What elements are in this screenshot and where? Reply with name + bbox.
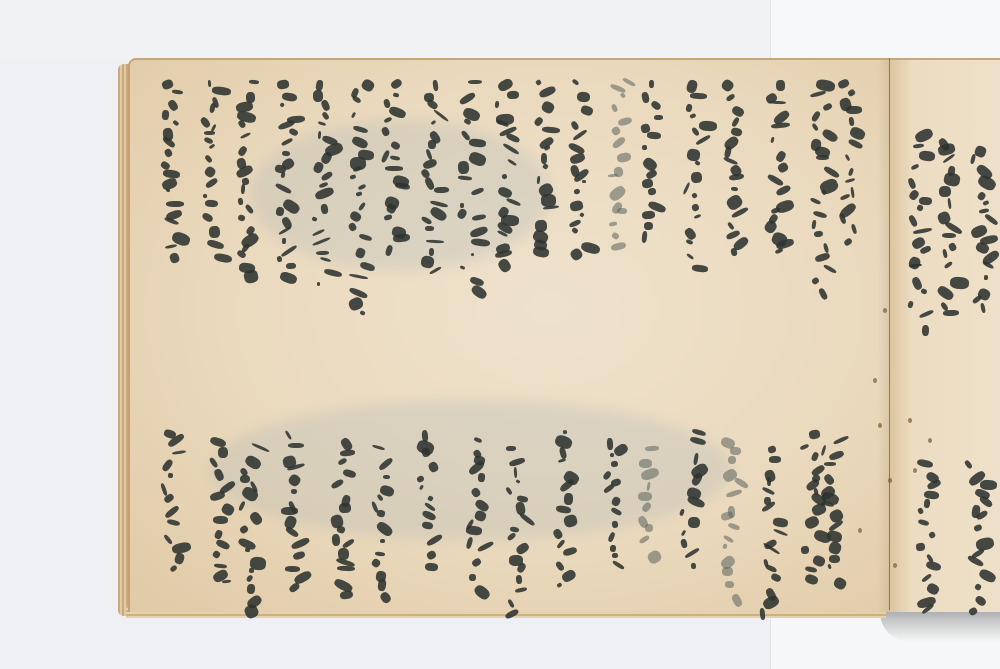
ink-stroke: [984, 275, 988, 280]
worm-hole: [883, 308, 887, 313]
ink-stroke: [291, 489, 297, 494]
handwritten-column: [382, 80, 408, 255]
ink-stroke: [458, 175, 472, 180]
ink-stroke: [206, 239, 224, 251]
ink-stroke: [348, 210, 362, 224]
ink-stroke: [170, 564, 179, 572]
ink-stroke: [577, 91, 591, 103]
ink-stroke: [822, 102, 833, 111]
ink-stroke: [244, 548, 249, 553]
ink-stroke: [173, 119, 180, 125]
ink-stroke: [925, 582, 940, 596]
ink-stroke: [378, 456, 394, 471]
ink-stroke: [200, 116, 212, 129]
ink-stroke: [610, 507, 622, 516]
ink-stroke: [603, 483, 615, 494]
ink-stroke: [610, 461, 618, 468]
ink-stroke: [281, 198, 301, 216]
ink-stroke: [918, 519, 930, 527]
ink-stroke: [312, 236, 331, 246]
ink-stroke: [907, 177, 917, 190]
ink-stroke: [731, 593, 744, 608]
ink-stroke: [276, 79, 289, 89]
ink-stroke: [617, 116, 633, 127]
ink-stroke: [513, 466, 517, 477]
ink-stroke: [569, 151, 586, 164]
handwritten-column: [568, 80, 594, 250]
ink-stroke: [638, 492, 652, 502]
handwritten-column: [420, 80, 446, 275]
ink-stroke: [611, 126, 622, 137]
ink-stroke: [245, 574, 254, 583]
ink-stroke: [685, 239, 693, 245]
worm-hole: [878, 423, 882, 428]
ink-stroke: [356, 191, 362, 196]
ink-stroke: [209, 490, 226, 502]
ink-stroke: [426, 549, 438, 561]
ink-stroke: [837, 78, 850, 89]
ink-stroke: [611, 231, 620, 240]
ink-stroke: [288, 443, 304, 448]
ink-stroke: [458, 91, 476, 106]
ink-stroke: [805, 565, 818, 573]
ink-stroke: [608, 184, 628, 203]
ink-stroke: [974, 145, 988, 159]
ink-stroke: [844, 154, 850, 162]
right-page: [890, 58, 1000, 612]
handwritten-column: [415, 430, 441, 570]
ink-stroke: [505, 486, 513, 495]
ink-stroke: [282, 150, 290, 156]
ink-stroke: [275, 207, 284, 217]
ink-stroke: [221, 579, 230, 583]
ink-stroke: [572, 129, 588, 142]
ink-stroke: [506, 446, 516, 451]
handwritten-column: [370, 446, 396, 596]
ink-stroke: [570, 120, 580, 131]
left-page: [128, 58, 892, 612]
ink-stroke: [515, 479, 520, 484]
ink-stroke: [607, 438, 613, 450]
ink-stroke: [640, 467, 661, 482]
ink-stroke: [516, 575, 523, 584]
worm-hole: [858, 528, 862, 533]
worm-hole: [888, 478, 892, 483]
ink-stroke: [204, 131, 215, 135]
ink-stroke: [167, 473, 173, 479]
ink-stroke: [286, 262, 296, 269]
ink-stroke: [238, 524, 249, 534]
ink-stroke: [167, 519, 180, 527]
ink-stroke: [540, 100, 556, 115]
ink-stroke: [237, 214, 246, 222]
handwritten-column: [820, 438, 846, 578]
handwritten-column: [916, 460, 942, 610]
ink-stroke: [571, 227, 579, 234]
ink-stroke: [466, 525, 483, 535]
handwritten-column: [640, 80, 666, 245]
handwritten-column: [838, 80, 864, 245]
ink-stroke: [434, 187, 449, 193]
open-manuscript-book: [118, 58, 1000, 620]
ink-stroke: [731, 116, 740, 127]
ink-stroke: [691, 172, 703, 184]
ink-stroke: [817, 288, 828, 301]
ink-stroke: [563, 514, 578, 529]
ink-stroke: [426, 98, 439, 110]
ink-stroke: [828, 450, 844, 462]
handwritten-column: [680, 430, 706, 570]
ink-stroke: [558, 458, 567, 464]
ink-stroke: [907, 214, 917, 227]
ink-stroke: [690, 93, 707, 99]
ink-stroke: [918, 150, 935, 162]
ink-stroke: [172, 450, 186, 455]
ink-stroke: [458, 161, 470, 174]
ink-stroke: [558, 477, 575, 492]
ink-stroke: [851, 224, 857, 234]
ink-stroke: [276, 255, 283, 262]
ink-stroke: [840, 193, 851, 201]
ink-stroke: [619, 92, 625, 98]
ink-stroke: [471, 238, 491, 247]
ink-stroke: [164, 505, 180, 520]
ink-stroke: [355, 247, 366, 259]
ink-stroke: [979, 303, 985, 314]
ink-stroke: [922, 325, 929, 337]
ink-stroke: [917, 508, 924, 515]
ink-stroke: [725, 93, 735, 102]
handwritten-column: [495, 80, 521, 260]
ink-stroke: [281, 507, 298, 515]
ink-stroke: [645, 446, 659, 452]
ink-stroke: [469, 138, 487, 147]
ink-stroke: [470, 486, 482, 498]
ink-stroke: [939, 185, 951, 196]
ink-stroke: [803, 573, 819, 586]
ink-stroke: [460, 203, 464, 208]
ink-stroke: [978, 494, 993, 508]
ink-stroke: [684, 547, 700, 559]
ink-stroke: [320, 99, 330, 112]
ink-stroke: [501, 173, 508, 180]
ink-stroke: [766, 173, 783, 187]
ink-stroke: [515, 541, 531, 556]
ink-stroke: [393, 92, 399, 98]
ink-stroke: [275, 183, 292, 195]
ink-stroke: [317, 282, 320, 286]
ink-stroke: [917, 458, 935, 469]
ink-stroke: [202, 193, 207, 198]
ink-stroke: [687, 148, 701, 162]
worm-hole: [893, 563, 897, 568]
ink-stroke: [351, 111, 356, 118]
ink-stroke: [238, 198, 244, 206]
ink-stroke: [471, 557, 482, 568]
handwritten-column: [966, 460, 992, 610]
ink-stroke: [209, 103, 217, 114]
ink-stroke: [692, 428, 707, 437]
ink-stroke: [612, 553, 618, 558]
ink-stroke: [810, 90, 827, 98]
ink-stroke: [812, 210, 827, 219]
ink-stroke: [205, 200, 218, 208]
ink-stroke: [907, 300, 914, 308]
ink-stroke: [919, 197, 932, 206]
ink-stroke: [376, 509, 385, 517]
ink-stroke: [542, 126, 561, 134]
ink-stroke: [942, 310, 958, 317]
ink-stroke: [350, 174, 357, 180]
ink-stroke: [611, 241, 627, 251]
ink-stroke: [949, 277, 969, 291]
ink-stroke: [832, 575, 848, 591]
ink-stroke: [172, 89, 183, 94]
ink-stroke: [416, 475, 425, 484]
ink-stroke: [811, 219, 816, 228]
ink-stroke: [471, 252, 475, 256]
ink-stroke: [654, 115, 663, 120]
ink-stroke: [691, 204, 700, 213]
ink-stroke: [679, 508, 685, 516]
ink-stroke: [315, 251, 328, 256]
ink-stroke: [610, 103, 618, 112]
ink-stroke: [169, 251, 181, 263]
ink-stroke: [246, 584, 255, 595]
ink-stroke: [377, 578, 386, 591]
ink-stroke: [690, 436, 707, 446]
ink-stroke: [291, 537, 311, 551]
handwritten-column: [458, 80, 484, 290]
ink-stroke: [284, 566, 299, 572]
ink-stroke: [582, 180, 586, 183]
ink-stroke: [357, 202, 366, 212]
handwritten-column: [208, 438, 234, 588]
ink-stroke: [800, 443, 810, 450]
ink-stroke: [811, 277, 820, 286]
ink-stroke: [164, 244, 176, 250]
ink-stroke: [555, 505, 571, 514]
ink-stroke: [649, 80, 654, 88]
ink-stroke: [608, 174, 618, 178]
ink-stroke: [535, 79, 542, 86]
ink-stroke: [722, 567, 733, 577]
ink-stroke: [336, 525, 346, 534]
ink-stroke: [847, 138, 863, 150]
ink-stroke: [288, 127, 299, 137]
ink-stroke: [773, 528, 788, 537]
handwritten-column: [552, 430, 578, 590]
ink-stroke: [689, 113, 696, 119]
ink-stroke: [375, 551, 386, 556]
ink-stroke: [383, 116, 392, 123]
ink-stroke: [609, 453, 614, 458]
ink-stroke: [284, 430, 292, 441]
ink-stroke: [607, 532, 615, 543]
ink-stroke: [694, 214, 701, 219]
ink-stroke: [730, 447, 742, 456]
ink-stroke: [647, 187, 657, 196]
ink-stroke: [918, 309, 933, 319]
ink-stroke: [808, 429, 820, 439]
ink-stroke: [686, 79, 699, 94]
ink-stroke: [469, 283, 488, 301]
ink-stroke: [502, 142, 520, 155]
ink-stroke: [390, 140, 401, 150]
ink-stroke: [571, 78, 579, 85]
ink-stroke: [610, 83, 627, 94]
ink-stroke: [845, 177, 856, 183]
ink-stroke: [220, 502, 236, 517]
ink-stroke: [506, 133, 521, 144]
handwritten-column: [685, 80, 711, 280]
ink-stroke: [338, 457, 349, 466]
ink-stroke: [279, 225, 293, 235]
ink-stroke: [160, 160, 171, 170]
handwritten-column: [765, 80, 791, 260]
ink-stroke: [569, 200, 583, 212]
ink-stroke: [913, 143, 924, 149]
ink-stroke: [680, 539, 688, 549]
ink-stroke: [420, 255, 435, 270]
ink-stroke: [925, 560, 942, 572]
ink-stroke: [639, 535, 651, 545]
ink-stroke: [544, 145, 551, 151]
ink-stroke: [920, 288, 928, 295]
ink-stroke: [425, 226, 434, 231]
ink-stroke: [645, 524, 654, 532]
ink-stroke: [691, 192, 698, 199]
ink-stroke: [557, 582, 564, 589]
ink-stroke: [165, 189, 170, 193]
ink-stroke: [976, 191, 986, 202]
ink-stroke: [208, 80, 212, 87]
ink-stroke: [349, 273, 368, 280]
ink-stroke: [580, 212, 586, 217]
ink-stroke: [473, 437, 482, 443]
ink-stroke: [814, 231, 824, 238]
handwritten-column: [280, 430, 306, 590]
ink-stroke: [640, 501, 652, 513]
ink-stroke: [774, 248, 783, 255]
ink-stroke: [209, 226, 221, 239]
ink-stroke: [337, 566, 356, 572]
handwritten-column: [532, 80, 558, 250]
ink-stroke: [720, 78, 736, 94]
ink-stroke: [477, 473, 484, 482]
ink-stroke: [846, 106, 862, 114]
ink-stroke: [390, 155, 400, 161]
ink-stroke: [760, 608, 766, 621]
handwritten-column: [505, 446, 531, 616]
ink-stroke: [694, 160, 700, 166]
ink-stroke: [770, 100, 787, 104]
ink-stroke: [215, 538, 230, 550]
ink-stroke: [725, 581, 734, 589]
ink-stroke: [342, 469, 356, 479]
handwritten-column: [720, 438, 746, 598]
ink-stroke: [324, 268, 343, 278]
ink-stroke: [357, 184, 366, 191]
ink-stroke: [611, 521, 618, 529]
ink-stroke: [167, 98, 179, 111]
ink-stroke: [163, 148, 173, 159]
ink-stroke: [824, 462, 836, 466]
ink-stroke: [823, 243, 830, 253]
ink-stroke: [471, 214, 485, 221]
ink-stroke: [237, 145, 248, 157]
ink-stroke: [974, 595, 988, 609]
ink-stroke: [727, 455, 736, 464]
ink-stroke: [947, 198, 952, 209]
ink-stroke: [320, 256, 331, 262]
ink-stroke: [647, 481, 652, 491]
ink-stroke: [816, 155, 829, 160]
ink-stroke: [421, 521, 433, 530]
ink-stroke: [164, 217, 179, 226]
ink-stroke: [762, 486, 775, 495]
ink-stroke: [767, 477, 771, 486]
ink-stroke: [370, 558, 381, 569]
handwritten-column: [810, 80, 836, 290]
ink-stroke: [843, 237, 853, 247]
ink-stroke: [609, 222, 617, 227]
ink-stroke: [213, 252, 232, 264]
ink-stroke: [284, 526, 299, 539]
ink-stroke: [722, 543, 728, 549]
ink-stroke: [849, 117, 855, 127]
ink-stroke: [815, 252, 831, 263]
ink-stroke: [644, 222, 653, 230]
ink-stroke: [321, 112, 329, 121]
ink-stroke: [916, 543, 925, 551]
ink-stroke: [827, 563, 832, 569]
ink-stroke: [554, 560, 565, 572]
ink-stroke: [722, 534, 734, 543]
ink-stroke: [383, 214, 392, 221]
ink-stroke: [497, 257, 513, 274]
handwritten-column: [720, 80, 746, 250]
ink-stroke: [914, 127, 935, 144]
ink-stroke: [610, 495, 621, 507]
ink-stroke: [508, 457, 525, 467]
ink-stroke: [764, 564, 777, 574]
ink-stroke: [639, 459, 652, 468]
ink-stroke: [420, 484, 425, 490]
ink-stroke: [507, 532, 517, 542]
ink-stroke: [693, 452, 699, 464]
ink-stroke: [352, 125, 368, 134]
worm-hole: [928, 438, 932, 443]
ink-stroke: [340, 450, 356, 457]
ink-stroke: [775, 184, 791, 197]
ink-stroke: [465, 536, 474, 549]
ink-stroke: [810, 197, 821, 205]
ink-stroke: [777, 162, 790, 175]
ink-stroke: [428, 140, 436, 149]
ink-stroke: [617, 208, 627, 214]
ink-stroke: [921, 573, 932, 583]
ink-stroke: [385, 166, 403, 171]
ink-stroke: [610, 544, 617, 551]
ink-stroke: [827, 540, 842, 555]
ink-stroke: [964, 460, 973, 470]
ink-stroke: [421, 509, 437, 522]
ink-stroke: [910, 163, 919, 170]
ink-stroke: [473, 583, 493, 602]
ink-stroke: [381, 126, 391, 137]
ink-stroke: [292, 550, 306, 560]
